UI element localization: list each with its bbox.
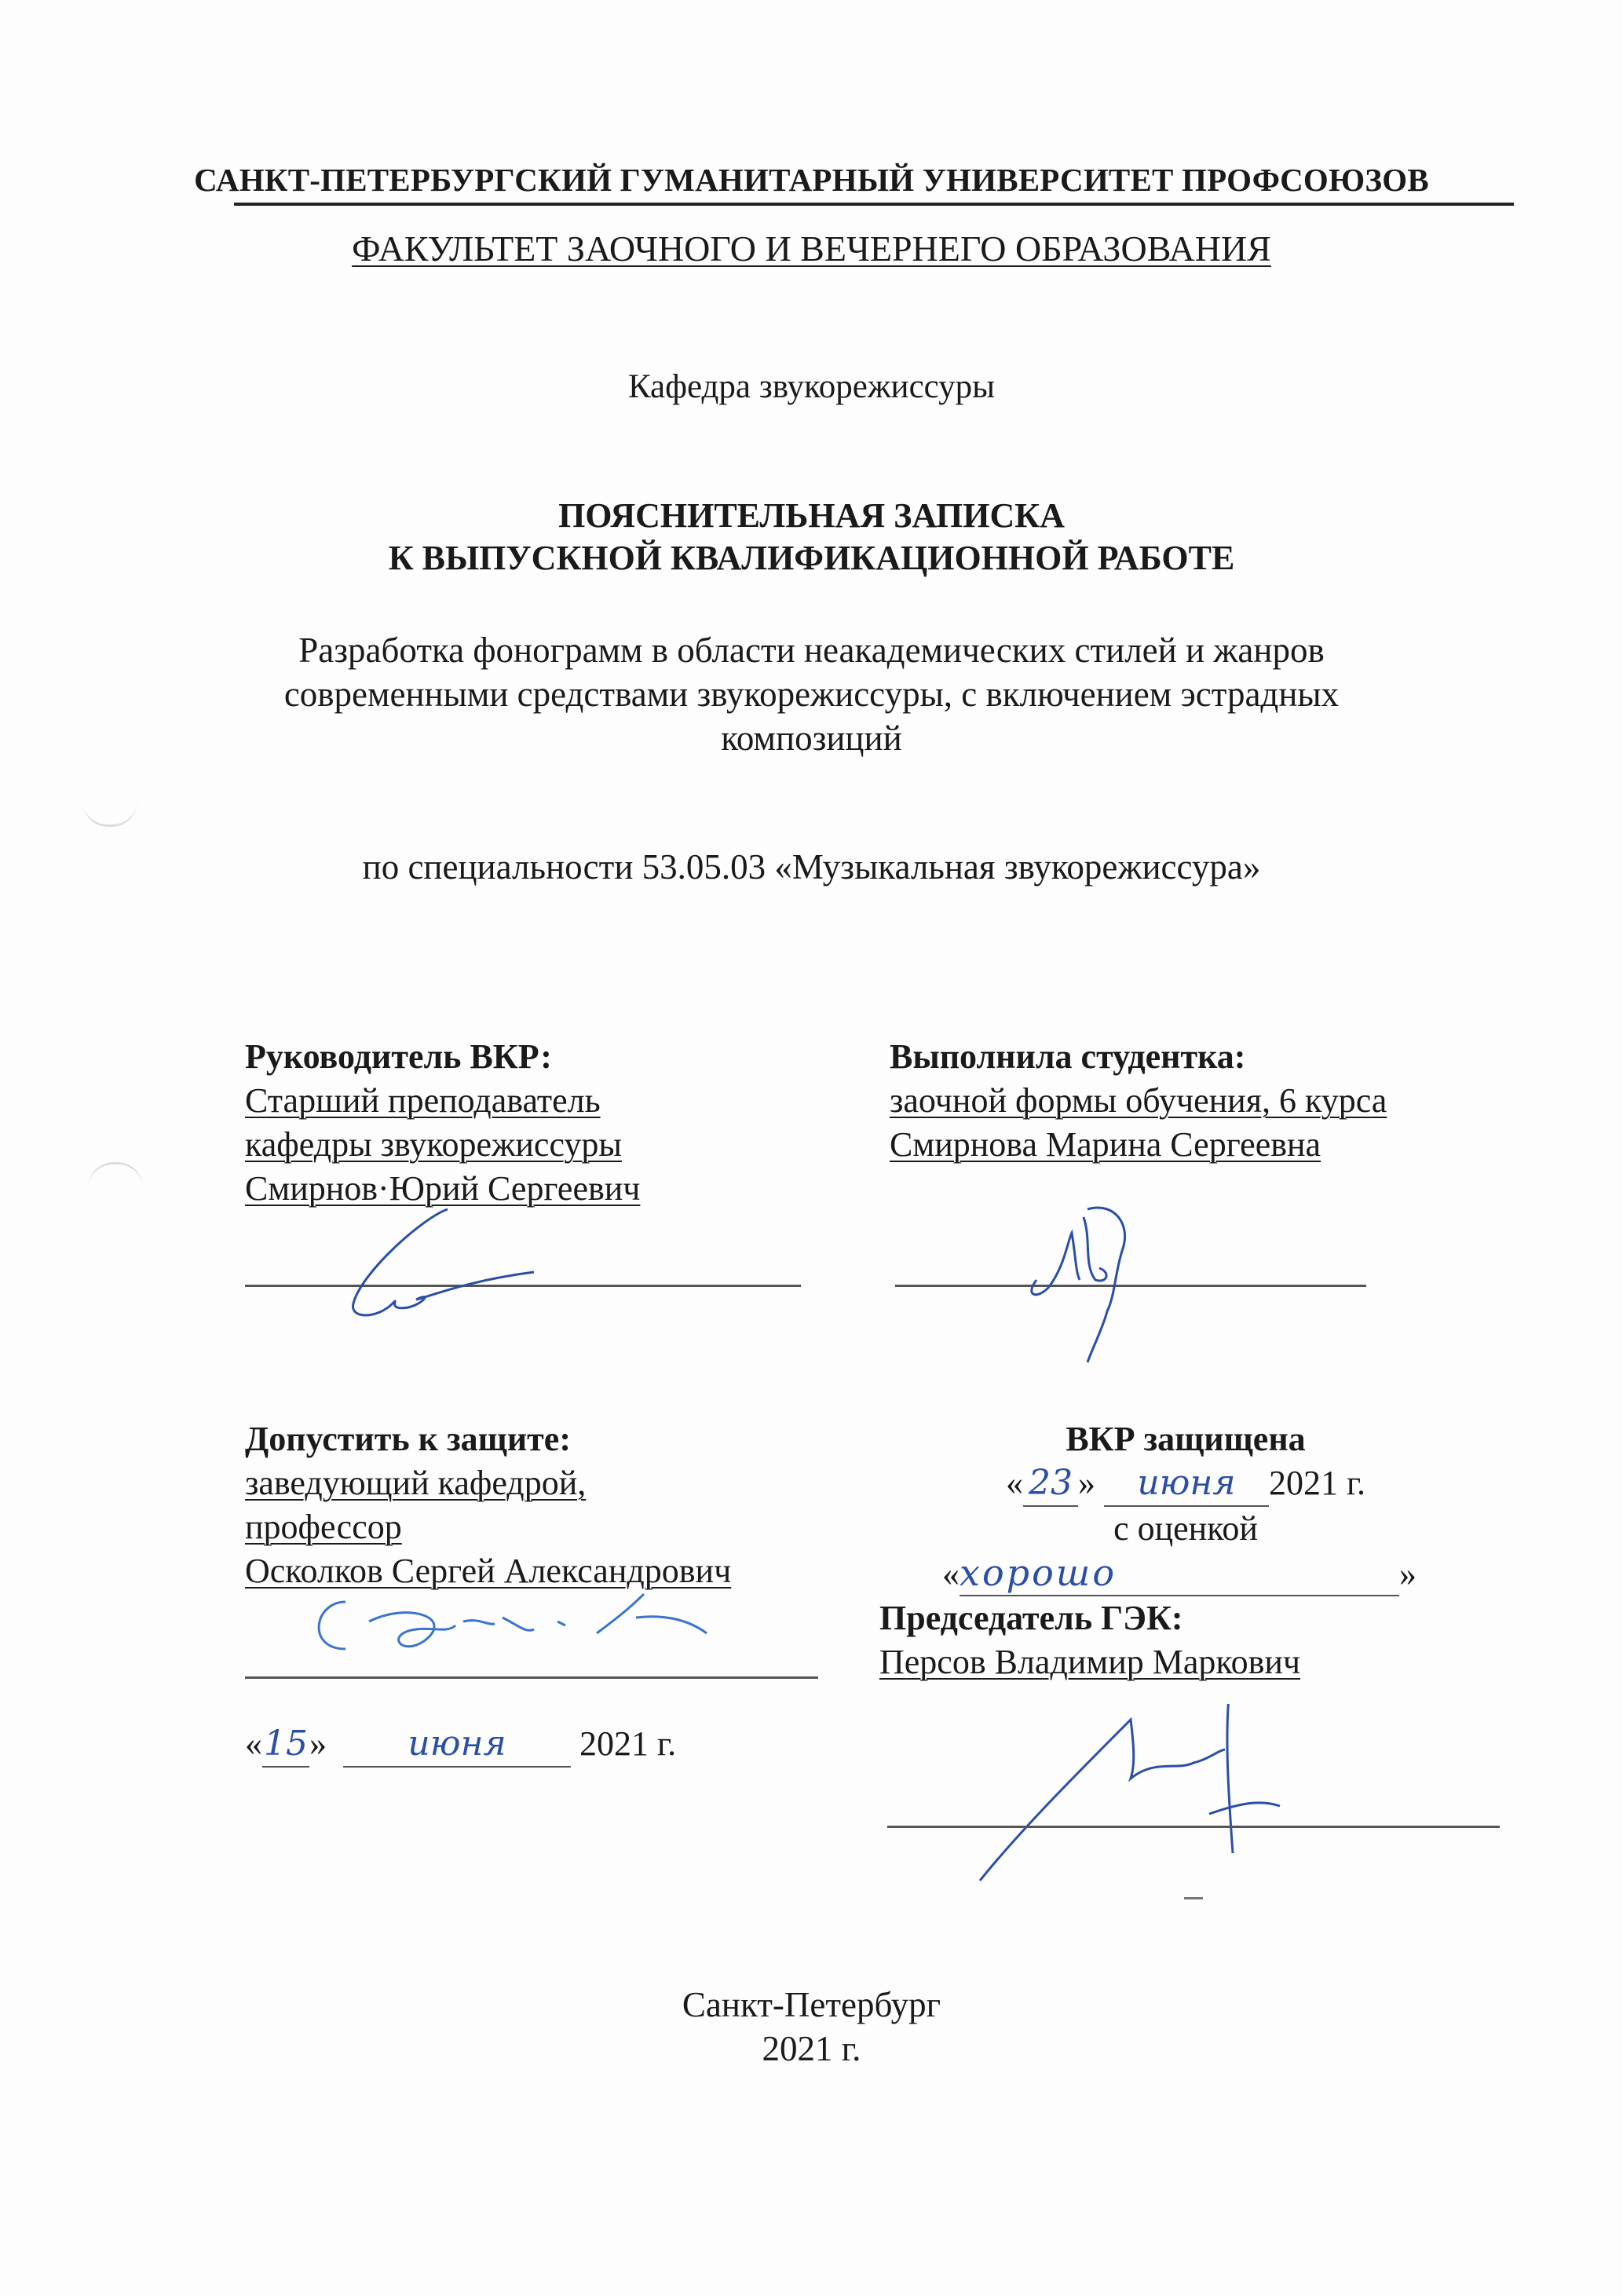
admission-month: июня — [343, 1722, 571, 1768]
supervisor-position-2: кафедры звукорежиссуры — [245, 1125, 622, 1164]
chair-signature-line — [887, 1826, 1500, 1828]
head-position-2: профессор — [245, 1508, 402, 1546]
date-open-quote: « — [245, 1724, 262, 1763]
admission-date: «15» июня 2021 г. — [245, 1722, 676, 1768]
grade-field: «хорошо» — [879, 1551, 1508, 1596]
student-heading: Выполнила студентка: — [890, 1035, 1387, 1079]
chair-heading: Председатель ГЭК: — [879, 1596, 1508, 1640]
faculty-label: ФАКУЛЬТЕТ ЗАОЧНОГО И ВЕЧЕРНЕГО ОБРАЗОВАН… — [352, 229, 1271, 269]
chair-name-wrap: Персов Владимир Маркович — [879, 1640, 1508, 1684]
topic-line-1: Разработка фонограмм в области неакадеми… — [0, 628, 1623, 672]
student-signature — [1021, 1194, 1146, 1366]
punch-hole-top — [82, 801, 137, 827]
document-title: ПОЯСНИТЕЛЬНАЯ ЗАПИСКА К ВЫПУСКНОЙ КВАЛИФ… — [0, 495, 1623, 579]
defense-day: 23 — [1023, 1461, 1078, 1507]
chair-name: Персов Владимир Маркович — [879, 1643, 1300, 1681]
defense-date-close-quote: » — [1078, 1464, 1095, 1502]
admission-heading: Допустить к защите: — [245, 1417, 731, 1461]
footer-city: Санкт-Петербург — [0, 1983, 1623, 2027]
title-line-1: ПОЯСНИТЕЛЬНАЯ ЗАПИСКА — [0, 495, 1623, 537]
admission-year: 2021 г. — [579, 1724, 676, 1763]
supervisor-heading: Руководитель ВКР: — [245, 1035, 640, 1079]
department-name: Кафедра звукорежиссуры — [0, 367, 1623, 406]
student-name: Смирнова Марина Сергеевна — [890, 1125, 1321, 1164]
defense-heading: ВКР защищена — [864, 1417, 1508, 1461]
head-signature — [298, 1586, 738, 1680]
admission-block: Допустить к защите: заведующий кафедрой,… — [245, 1417, 731, 1593]
supervisor-block: Руководитель ВКР: Старший преподаватель … — [245, 1035, 640, 1211]
head-signature-line — [245, 1676, 818, 1679]
defense-block: ВКР защищена «23» июня2021 г. с оценкой … — [879, 1417, 1508, 1684]
university-name: САНКТ-ПЕТЕРБУРГСКИЙ ГУМАНИТАРНЫЙ УНИВЕРС… — [0, 161, 1623, 199]
thesis-topic: Разработка фонограмм в области неакадеми… — [0, 628, 1623, 760]
chair-signature — [974, 1704, 1319, 1892]
supervisor-signature — [314, 1201, 581, 1327]
defense-date-open-quote: « — [1006, 1464, 1023, 1502]
grade-value: хорошо — [960, 1551, 1399, 1596]
student-block: Выполнила студентка: заочной формы обуче… — [890, 1035, 1387, 1167]
footer: Санкт-Петербург 2021 г. — [0, 1983, 1623, 2071]
faculty-name: ФАКУЛЬТЕТ ЗАОЧНОГО И ВЕЧЕРНЕГО ОБРАЗОВАН… — [0, 228, 1623, 269]
head-position-1: заведующий кафедрой, — [245, 1464, 586, 1502]
stray-mark — [1184, 1897, 1203, 1899]
header-divider — [234, 203, 1514, 206]
defense-month: июня — [1104, 1461, 1269, 1507]
admission-day: 15 — [262, 1722, 309, 1768]
grade-open-quote: « — [942, 1555, 960, 1593]
head-name: Осколков Сергей Александрович — [245, 1552, 731, 1590]
title-line-2: К ВЫПУСКНОЙ КВАЛИФИКАЦИОННОЙ РАБОТЕ — [0, 537, 1623, 579]
date-close-quote: » — [309, 1724, 327, 1763]
supervisor-position-1: Старший преподаватель — [245, 1081, 601, 1120]
topic-line-2: современными средствами звукорежиссуры, … — [0, 672, 1623, 716]
punch-hole-bottom — [88, 1162, 143, 1188]
grade-label: с оценкой — [864, 1507, 1508, 1551]
footer-year: 2021 г. — [0, 2027, 1623, 2071]
specialty: по специальности 53.05.03 «Музыкальная з… — [0, 846, 1623, 887]
defense-date: «23» июня2021 г. — [864, 1461, 1508, 1507]
grade-close-quote: » — [1399, 1555, 1416, 1593]
student-info: заочной формы обучения, 6 курса — [890, 1081, 1387, 1120]
topic-line-3: композиций — [0, 716, 1623, 760]
defense-year: 2021 г. — [1269, 1464, 1365, 1502]
